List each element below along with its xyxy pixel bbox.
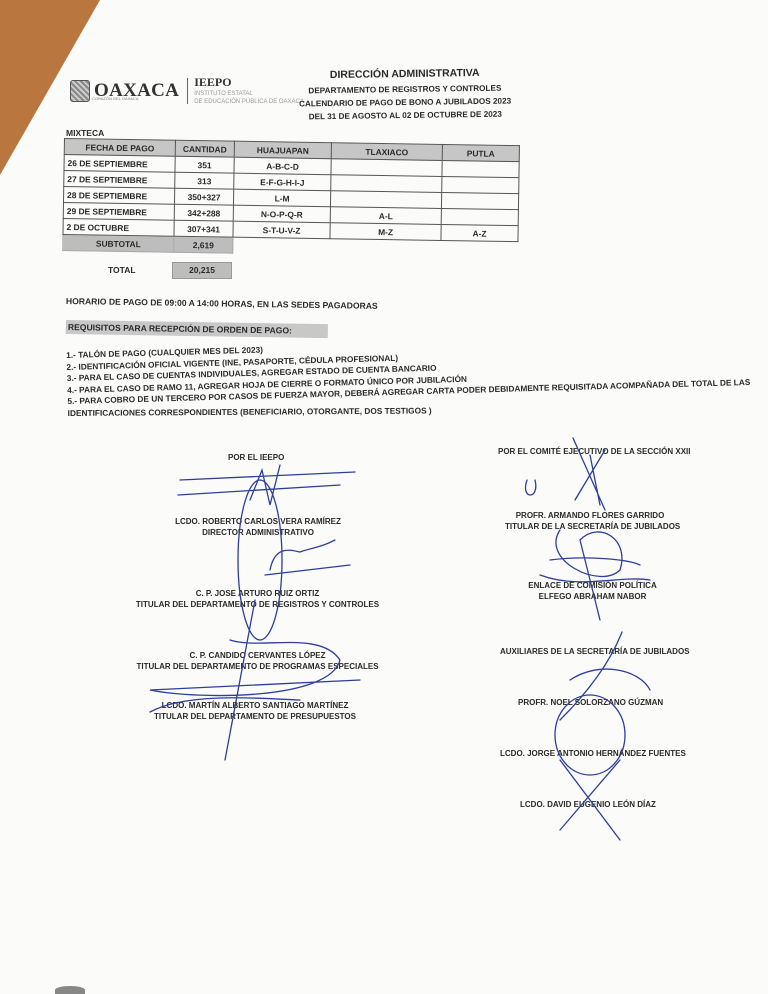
subtotal-value: 2,619	[174, 236, 233, 253]
payment-hours: HORARIO DE PAGO DE 09:00 A 14:00 HORAS, …	[66, 296, 378, 311]
col-putla: PUTLA	[442, 144, 519, 161]
document-page: OAXACA CORAZÓN DEL OAXACA IEEPO INSTITUT…	[0, 0, 768, 994]
cell-tlaxiaco: M-Z	[330, 223, 441, 241]
signer-title: TITULAR DE LA SECRETARÍA DE JUBILADOS	[505, 521, 675, 532]
oaxaca-ieepo-logo: OAXACA CORAZÓN DEL OAXACA IEEPO INSTITUT…	[70, 75, 304, 106]
signer-title: DIRECTOR ADMINISTRATIVO	[168, 527, 348, 538]
aux-signer-name: PROFR. NOEL SOLORZANO GÚZMAN	[518, 697, 663, 708]
region-label: MIXTECA	[66, 128, 104, 138]
signer-block: LCDO. ROBERTO CARLOS VERA RAMÍREZ DIRECT…	[168, 516, 348, 538]
logo-divider	[187, 78, 188, 104]
document-header: DIRECCIÓN ADMINISTRATIVA DEPARTAMENTO DE…	[290, 66, 521, 123]
cell-putla	[441, 208, 518, 225]
total-value: 20,215	[172, 262, 232, 279]
signer-name: LCDO. ROBERTO CARLOS VERA RAMÍREZ	[168, 516, 348, 527]
signer-name: ENLACE DE COMISIÓN POLÍTICA	[525, 580, 660, 591]
cell-tlaxiaco: A-L	[330, 207, 441, 225]
cell-huajuapan: S-T-U-V-Z	[233, 221, 330, 239]
col-fecha: FECHA DE PAGO	[64, 139, 175, 157]
cell-cantidad: 351	[175, 156, 234, 173]
col-huajuapan: HUAJUAPAN	[234, 141, 331, 159]
requirements-title: REQUISITOS PARA RECEPCIÓN DE ORDEN DE PA…	[66, 320, 328, 338]
requirements-list: 1.- TALÓN DE PAGO (CUALQUIER MES DEL 202…	[66, 331, 751, 419]
signer-name: C. P. CANDIDO CERVANTES LÓPEZ	[135, 650, 380, 661]
logo-institution: IEEPO	[194, 75, 304, 90]
col-tlaxiaco: TLAXIACO	[331, 143, 442, 161]
cell-tlaxiaco	[330, 191, 441, 209]
signer-title: TITULAR DEL DEPARTAMENTO DE PROGRAMAS ES…	[135, 661, 380, 672]
cell-cantidad: 342+288	[174, 204, 233, 221]
signer-block: C. P. JOSE ARTURO RUIZ ORTIZ TITULAR DEL…	[135, 588, 380, 610]
logo-institution-line2: DE EDUCACIÓN PÚBLICA DE OAXACA	[194, 98, 304, 106]
cell-cantidad: 313	[175, 172, 234, 189]
logo-institution-line1: INSTITUTO ESTATAL	[194, 90, 304, 98]
cell-putla	[442, 176, 519, 193]
cell-fecha: 28 DE SEPTIEMBRE	[63, 187, 174, 205]
signer-block: PROFR. ARMANDO FLORES GARRIDO TITULAR DE…	[505, 510, 675, 532]
ieepo-heading: POR EL IEEPO	[228, 452, 284, 463]
cell-huajuapan: A-B-C-D	[234, 157, 331, 175]
cell-huajuapan: N-O-P-Q-R	[233, 205, 330, 223]
signer-title: TITULAR DEL DEPARTAMENTO DE REGISTROS Y …	[135, 599, 380, 610]
signer-name: C. P. JOSE ARTURO RUIZ ORTIZ	[135, 588, 380, 599]
committee-heading: POR EL COMITÉ EJECUTIVO DE LA SECCIÓN XX…	[498, 446, 690, 457]
signer-block: ENLACE DE COMISIÓN POLÍTICA ELFEGO ABRAH…	[525, 580, 660, 602]
cell-putla	[442, 160, 519, 177]
cell-huajuapan: L-M	[233, 189, 330, 207]
scan-artifact	[55, 986, 85, 994]
signer-block: LCDO. MARTÍN ALBERTO SANTIAGO MARTÍNEZ T…	[140, 700, 370, 722]
cell-fecha: 27 DE SEPTIEMBRE	[64, 171, 175, 189]
signer-title: TITULAR DEL DEPARTAMENTO DE PRESUPUESTOS	[140, 711, 370, 722]
logo-tagline: CORAZÓN DEL OAXACA	[92, 96, 139, 101]
cell-putla: A-Z	[441, 224, 518, 241]
aux-signer-name: LCDO. DAVID EUGENIO LEÓN DÍAZ	[520, 799, 656, 810]
signer-block: C. P. CANDIDO CERVANTES LÓPEZ TITULAR DE…	[135, 650, 380, 672]
requirement-item-continued: IDENTIFICACIONES CORRESPONDIENTES (BENEF…	[68, 403, 751, 419]
cell-fecha: 2 DE OCTUBRE	[63, 218, 174, 236]
signer-title: ELFEGO ABRAHAM NABOR	[525, 591, 660, 602]
col-cantidad: CANTIDAD	[175, 140, 234, 157]
cell-fecha: 29 DE SEPTIEMBRE	[63, 202, 174, 220]
payment-schedule-table: FECHA DE PAGO CANTIDAD HUAJUAPAN TLAXIAC…	[62, 138, 520, 258]
cell-tlaxiaco	[331, 159, 442, 177]
cell-cantidad: 307+341	[174, 220, 233, 237]
cell-cantidad: 350+327	[174, 188, 233, 205]
document-subtitle-3: DEL 31 DE AGOSTO AL 02 DE OCTUBRE DE 202…	[290, 107, 520, 123]
aux-signer-name: LCDO. JORGE ANTONIO HERNÁNDEZ FUENTES	[500, 748, 686, 759]
auxiliaries-heading: AUXILIARES DE LA SECRETARÍA DE JUBILADOS	[500, 646, 690, 657]
subtotal-label: SUBTOTAL	[63, 234, 174, 252]
state-emblem-icon	[70, 80, 90, 102]
cell-fecha: 26 DE SEPTIEMBRE	[64, 155, 175, 173]
cell-tlaxiaco	[331, 175, 442, 193]
cell-putla	[441, 192, 518, 209]
total-label: TOTAL	[108, 265, 136, 275]
cell-huajuapan: E-F-G-H-I-J	[234, 173, 331, 191]
signer-name: PROFR. ARMANDO FLORES GARRIDO	[505, 510, 675, 521]
document-title: DIRECCIÓN ADMINISTRATIVA	[290, 66, 520, 81]
signer-name: LCDO. MARTÍN ALBERTO SANTIAGO MARTÍNEZ	[140, 700, 370, 711]
